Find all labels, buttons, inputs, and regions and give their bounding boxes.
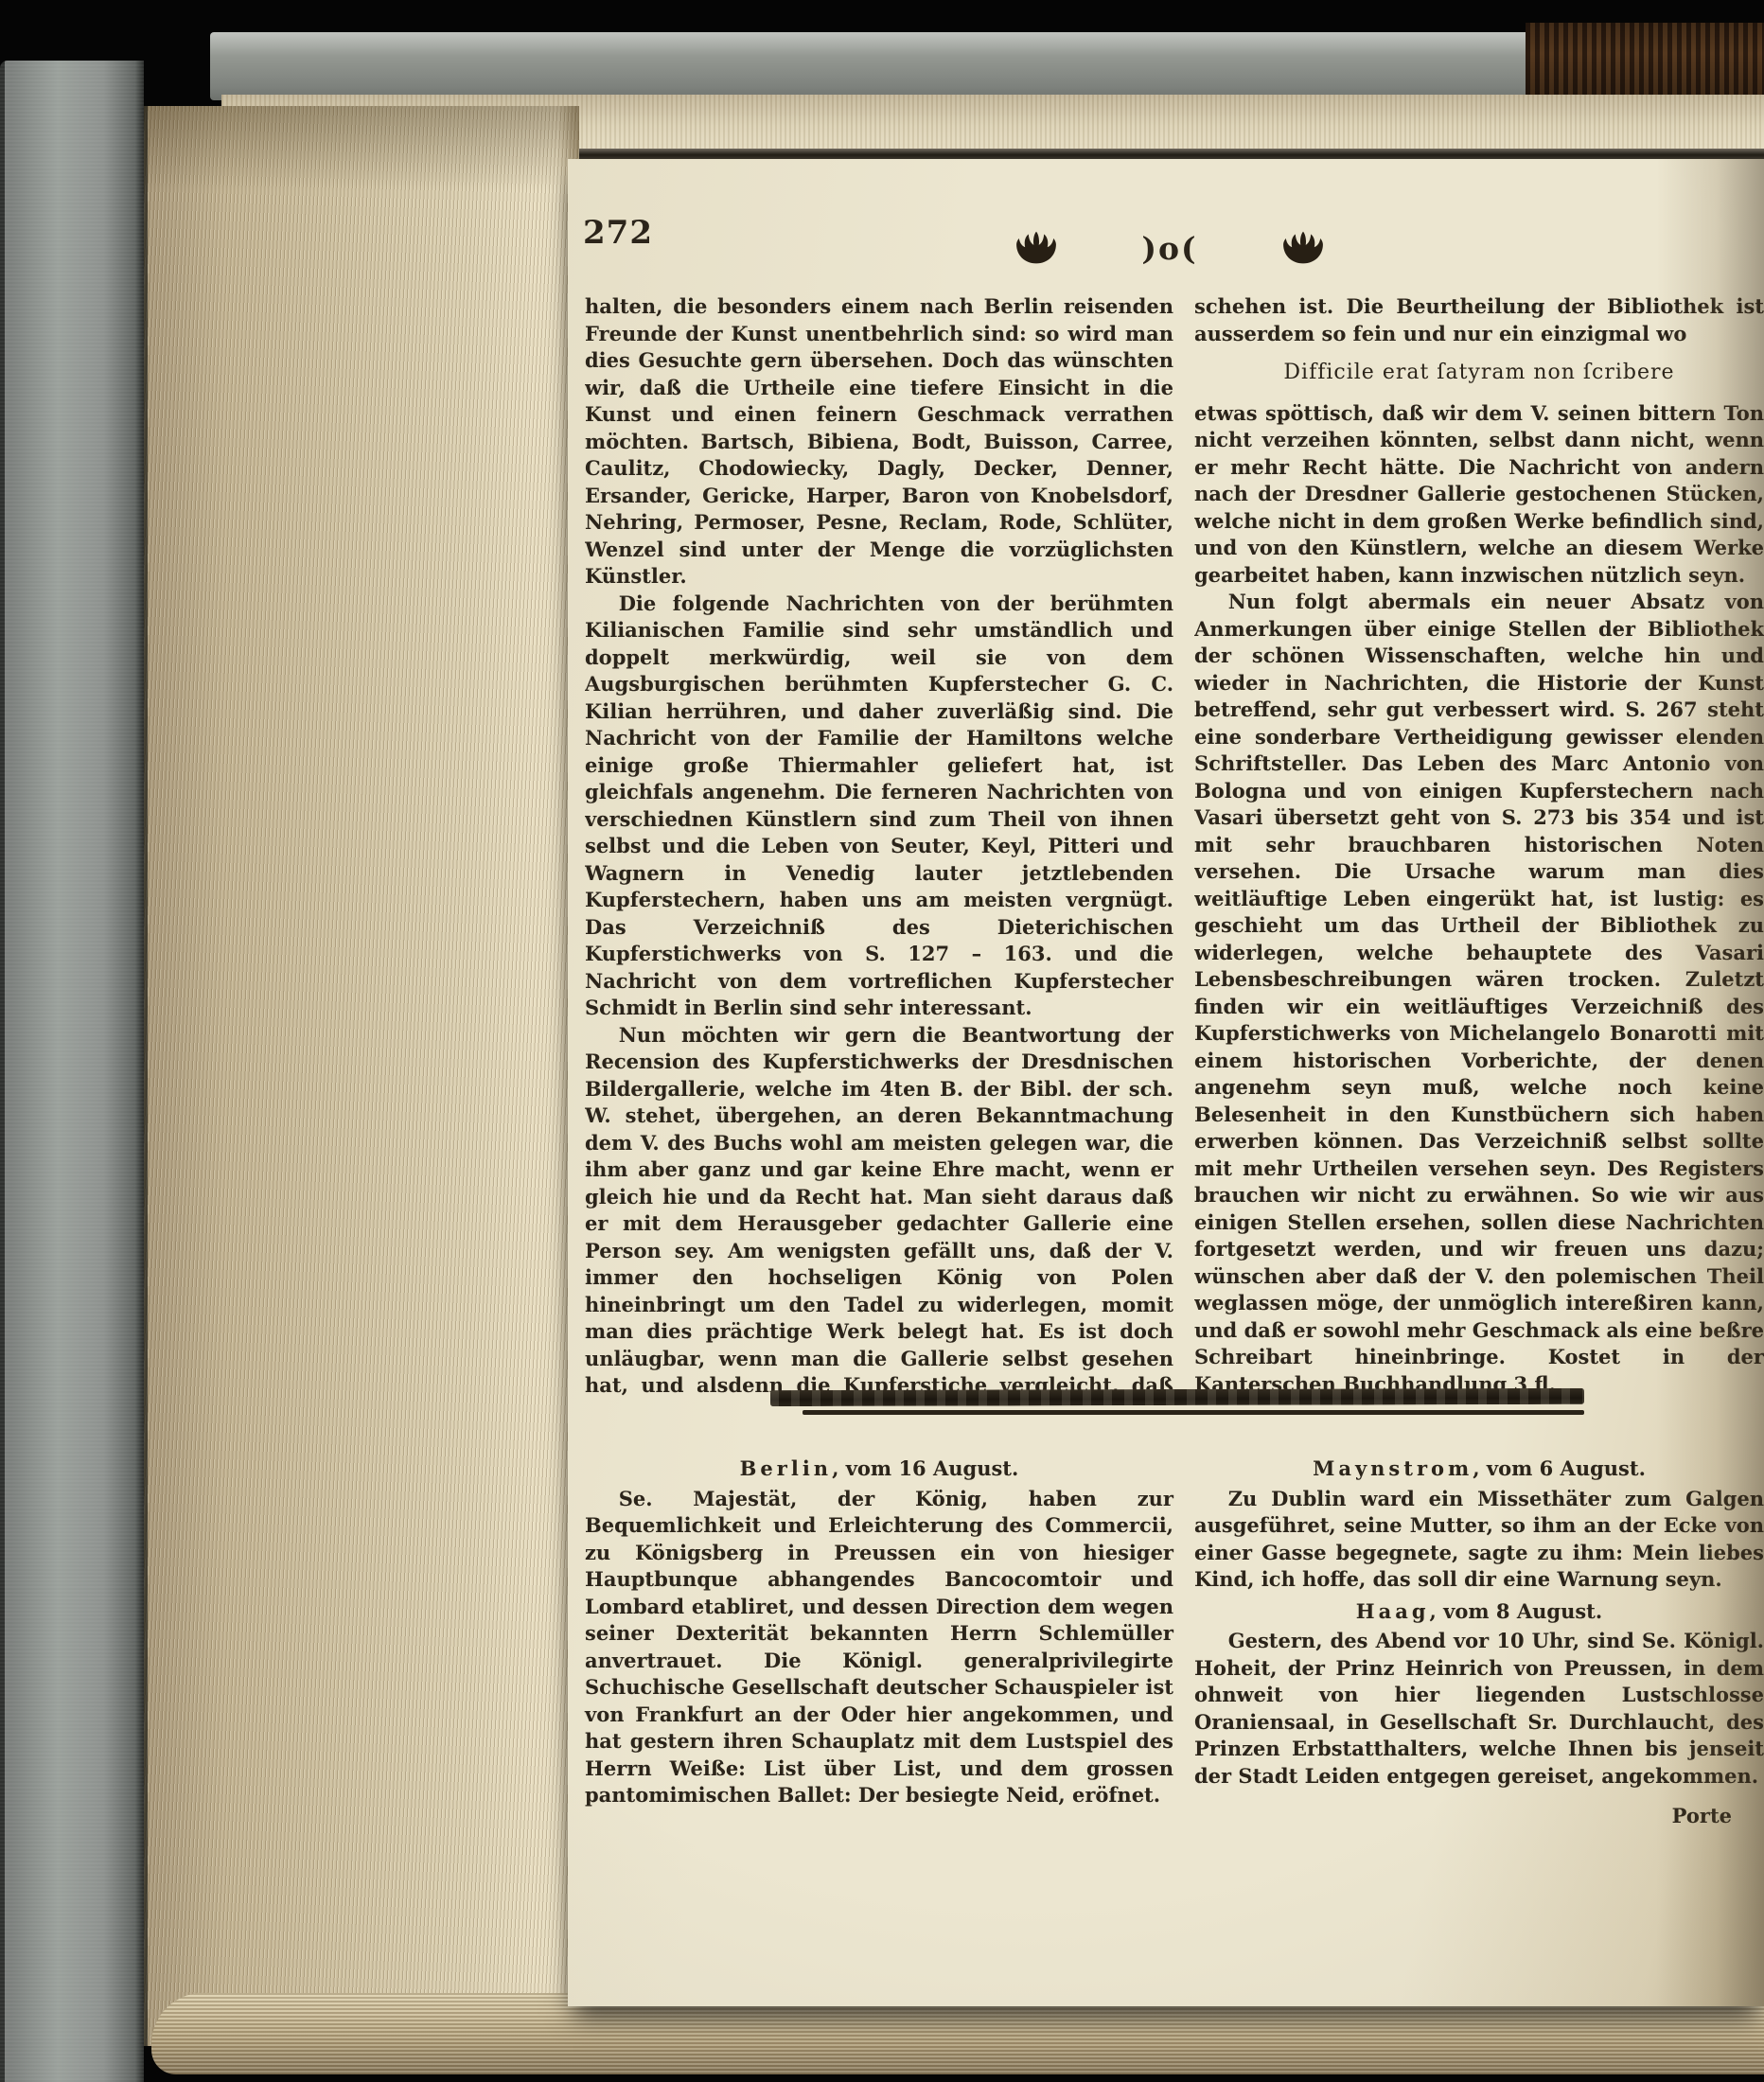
paragraph: halten, die besonders einem nach Berlin … (585, 293, 1173, 591)
news-column-left: Berlin, vom 16 August. Se. Majestät, der… (585, 1456, 1173, 1830)
book-top-board (210, 32, 1543, 100)
news-column-right: Maynstrom, vom 6 August. Zu Dublin ward … (1194, 1456, 1764, 1830)
paragraph: Nun folgt abermals ein neuer Absatz von … (1194, 589, 1764, 1398)
shell-ornament-right-icon (1279, 229, 1327, 267)
latin-quote: Difficile erat ſatyram non ſcribere (1194, 360, 1764, 387)
news-date: , vom 6 August. (1473, 1456, 1646, 1480)
open-page: 272 )o( halten, die besonders einem nach… (568, 159, 1764, 2006)
news-date: , vom 16 August. (832, 1456, 1018, 1480)
divider-thin-bar (803, 1410, 1584, 1415)
header-signature-mark: )o( (1141, 230, 1197, 267)
divider-thick-bar (770, 1388, 1584, 1406)
book-scan-photo: 272 )o( halten, die besonders einem nach… (0, 0, 1764, 2082)
news-heading-haag: Haag, vom 8 August. (1194, 1598, 1764, 1626)
news-body: Zu Dublin ward ein Missethäter zum Galge… (1194, 1486, 1764, 1594)
news-place: Haag (1356, 1599, 1430, 1623)
section-divider-rule (770, 1389, 1584, 1415)
review-text-columns: halten, die besonders einem nach Berlin … (585, 293, 1764, 1403)
news-body: Se. Majestät, der König, haben zur Beque… (585, 1486, 1173, 1809)
news-place: Maynstrom (1313, 1456, 1473, 1480)
news-heading-maynstrom: Maynstrom, vom 6 August. (1194, 1456, 1764, 1483)
news-body: Gestern, des Abend vor 10 Uhr, sind Se. … (1194, 1628, 1764, 1790)
paragraph: Die folgende Nachrichten von der berühmt… (585, 591, 1173, 1022)
page-number: 272 (583, 214, 653, 252)
text-column-left: halten, die besonders einem nach Berlin … (585, 293, 1173, 1403)
news-heading-berlin: Berlin, vom 16 August. (585, 1456, 1173, 1483)
news-place: Berlin (740, 1456, 832, 1480)
header-ornament-row: )o( (1013, 229, 1327, 267)
news-section: Berlin, vom 16 August. Se. Majestät, der… (585, 1456, 1764, 1830)
book-cover-left (0, 61, 144, 2082)
text-column-right: schehen ist. Die Beurtheilung der Biblio… (1194, 293, 1764, 1403)
paragraph: Nun möchten wir gern die Beantwortung de… (585, 1022, 1173, 1403)
paragraph: etwas spöttisch, daß wir dem V. seinen b… (1194, 400, 1764, 590)
paragraph: schehen ist. Die Beurtheilung der Biblio… (1194, 293, 1764, 347)
shell-ornament-left-icon (1013, 229, 1060, 267)
stacked-page-edges (144, 106, 579, 2046)
news-date: , vom 8 August. (1430, 1599, 1603, 1623)
catchword: Porte (1194, 1803, 1764, 1830)
